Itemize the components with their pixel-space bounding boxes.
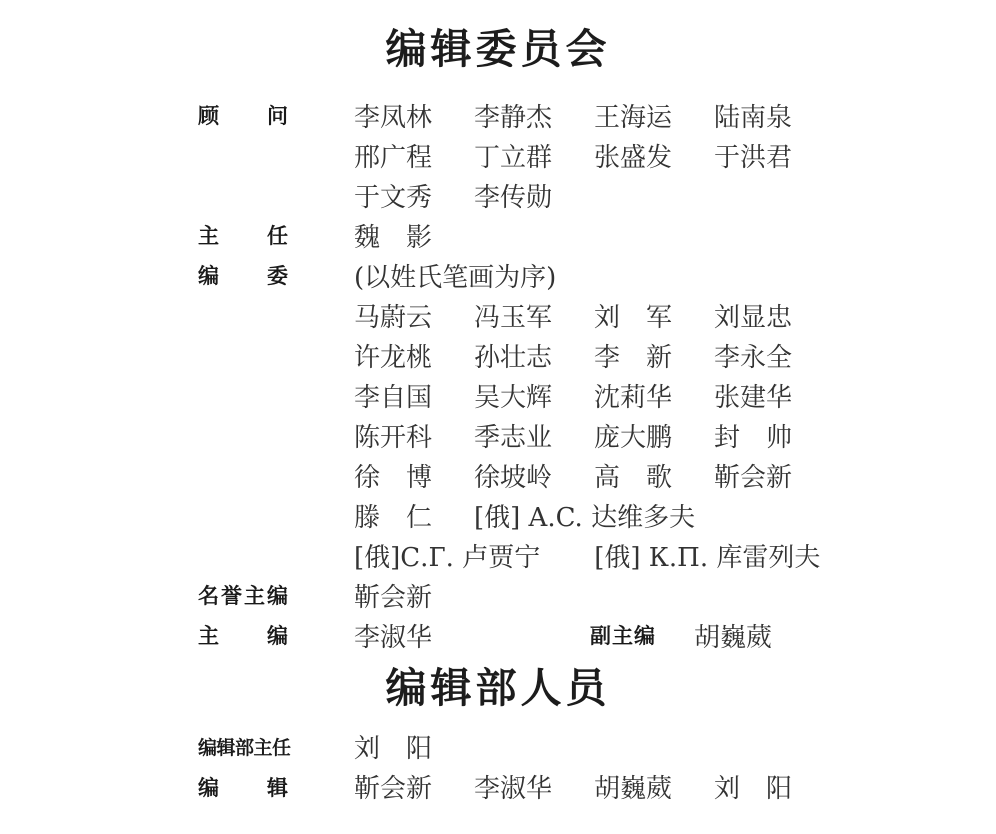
chief-editor-names: 李淑华 副主编 胡巍葳 <box>354 617 772 654</box>
dept-director-names: 刘 阳 <box>354 728 436 765</box>
person-name: 邢广程 <box>354 137 436 174</box>
person-name: 徐坡岭 <box>474 457 556 494</box>
board-row-7: [俄]С.Г. 卢贾宁 [俄] К.П. 库雷列夫 <box>0 535 996 575</box>
person-name: 陆南泉 <box>714 97 796 134</box>
committee-section: 顾问 李凤林 李静杰 王海运 陆南泉 邢广程 丁立群 张盛发 于洪君 于文秀 李… <box>0 95 996 655</box>
board-row-4: 陈开科 季志业 庞大鹏 封 帅 <box>0 415 996 455</box>
director-row: 主任 魏 影 <box>0 215 996 255</box>
person-name: 马蔚云 <box>354 297 436 334</box>
person-name: 滕 仁 <box>354 497 436 534</box>
board-names-1: 马蔚云 冯玉军 刘 军 刘显忠 <box>354 297 796 334</box>
person-name: 冯玉军 <box>474 297 556 334</box>
person-name: 张盛发 <box>594 137 676 174</box>
person-name: 胡巍葳 <box>594 768 676 805</box>
board-names-5: 徐 博 徐坡岭 高 歌 靳会新 <box>354 457 796 494</box>
person-name: 李传勋 <box>474 177 556 214</box>
person-name: 封 帅 <box>714 417 796 454</box>
person-name: 刘显忠 <box>714 297 796 334</box>
dept-director-label: 编辑部主任 <box>198 733 288 760</box>
advisors-row-3: 于文秀 李传勋 <box>0 175 996 215</box>
person-name: 张建华 <box>714 377 796 414</box>
board-label-row: 编委 (以姓氏笔画为序) <box>0 255 996 295</box>
person-name: 李淑华 <box>354 617 436 654</box>
person-name: 李 新 <box>594 337 676 374</box>
person-name: 靳会新 <box>354 577 436 614</box>
person-name: 王海运 <box>594 97 676 134</box>
board-names-2: 许龙桃 孙壮志 李 新 李永全 <box>354 337 796 374</box>
person-name: 胡巍葳 <box>694 617 772 654</box>
person-name: 于文秀 <box>354 177 436 214</box>
board-row-1: 马蔚云 冯玉军 刘 军 刘显忠 <box>0 295 996 335</box>
advisors-names-2: 邢广程 丁立群 张盛发 于洪君 <box>354 137 796 174</box>
person-name: 李自国 <box>354 377 436 414</box>
board-names-3: 李自国 吴大辉 沈莉华 张建华 <box>354 377 796 414</box>
person-name: 于洪君 <box>714 137 796 174</box>
person-name: 许龙桃 <box>354 337 436 374</box>
person-name: 李永全 <box>714 337 796 374</box>
person-name: 吴大辉 <box>474 377 556 414</box>
person-name: 刘 阳 <box>354 728 436 765</box>
page: 编辑委员会 顾问 李凤林 李静杰 王海运 陆南泉 邢广程 丁立群 张盛发 于洪君 <box>0 0 996 834</box>
person-name: 刘 阳 <box>714 768 796 805</box>
editors-names: 靳会新 李淑华 胡巍葳 刘 阳 <box>354 768 796 805</box>
board-row-6: 滕 仁 [俄] A.C. 达维多夫 <box>0 495 996 535</box>
person-name: 丁立群 <box>474 137 556 174</box>
advisors-label: 顾问 <box>198 100 288 130</box>
board-row-5: 徐 博 徐坡岭 高 歌 靳会新 <box>0 455 996 495</box>
person-name: 靳会新 <box>354 768 436 805</box>
person-name: 庞大鹏 <box>594 417 676 454</box>
board-row-2: 许龙桃 孙壮志 李 新 李永全 <box>0 335 996 375</box>
board-row-3: 李自国 吴大辉 沈莉华 张建华 <box>0 375 996 415</box>
board-sort-note: (以姓氏笔画为序) <box>354 257 556 294</box>
advisors-names-1: 李凤林 李静杰 王海运 陆南泉 <box>354 97 796 134</box>
person-name: [俄] A.C. 达维多夫 <box>474 497 695 534</box>
board-names-7: [俄]С.Г. 卢贾宁 [俄] К.П. 库雷列夫 <box>354 537 820 574</box>
advisors-row-1: 顾问 李凤林 李静杰 王海运 陆南泉 <box>0 95 996 135</box>
person-name: 李凤林 <box>354 97 436 134</box>
person-name: [俄]С.Г. 卢贾宁 <box>354 537 540 574</box>
person-name: 陈开科 <box>354 417 436 454</box>
board-label: 编委 <box>198 260 288 290</box>
dept-director-row: 编辑部主任 刘 阳 <box>0 727 996 767</box>
staff-section: 编辑部主任 刘 阳 编辑 靳会新 李淑华 胡巍葳 刘 阳 <box>0 727 996 807</box>
honorary-chief-editor-label: 名誉主编 <box>198 580 288 610</box>
person-name: 孙壮志 <box>474 337 556 374</box>
director-label: 主任 <box>198 220 288 250</box>
honorary-chief-editor-names: 靳会新 <box>354 577 436 614</box>
person-name: 沈莉华 <box>594 377 676 414</box>
editors-label: 编辑 <box>198 772 288 802</box>
person-name: 靳会新 <box>714 457 796 494</box>
editors-row: 编辑 靳会新 李淑华 胡巍葳 刘 阳 <box>0 767 996 807</box>
board-note-wrap: (以姓氏笔画为序) <box>354 257 556 294</box>
advisors-row-2: 邢广程 丁立群 张盛发 于洪君 <box>0 135 996 175</box>
person-name: 高 歌 <box>594 457 676 494</box>
staff-title: 编辑部人员 <box>0 655 996 718</box>
person-name: 季志业 <box>474 417 556 454</box>
director-names: 魏 影 <box>354 217 436 254</box>
board-names-4: 陈开科 季志业 庞大鹏 封 帅 <box>354 417 796 454</box>
person-name: 徐 博 <box>354 457 436 494</box>
chief-editor-label: 主编 <box>198 620 288 650</box>
person-name: 李静杰 <box>474 97 556 134</box>
person-name: 魏 影 <box>354 217 436 254</box>
person-name: 刘 军 <box>594 297 676 334</box>
person-name: [俄] К.П. 库雷列夫 <box>594 537 820 574</box>
board-names-6: 滕 仁 [俄] A.C. 达维多夫 <box>354 497 695 534</box>
person-name: 李淑华 <box>474 768 556 805</box>
advisors-names-3: 于文秀 李传勋 <box>354 177 556 214</box>
committee-title: 编辑委员会 <box>0 0 996 75</box>
honorary-chief-editor-row: 名誉主编 靳会新 <box>0 575 996 615</box>
chief-editor-row: 主编 李淑华 副主编 胡巍葳 <box>0 615 996 655</box>
deputy-chief-editor-label: 副主编 <box>590 620 656 650</box>
